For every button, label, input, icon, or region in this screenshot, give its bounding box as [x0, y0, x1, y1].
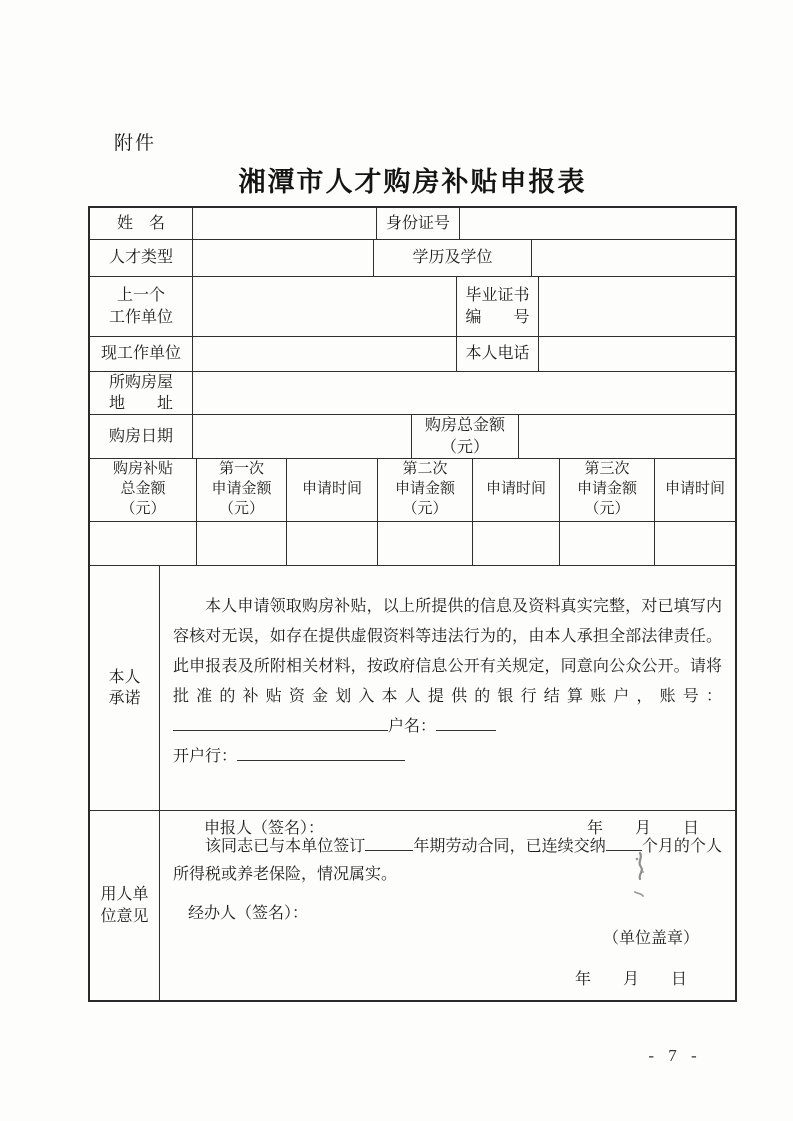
row-house-address: 所购房屋 地 址 — [90, 372, 735, 415]
phone-value-cell — [539, 337, 735, 371]
third-apply-time-label: 申请时间 — [655, 459, 735, 521]
id-number-value-cell — [460, 208, 735, 239]
talent-type-label: 人才类型 — [90, 240, 193, 276]
previous-employer-label: 上一个 工作单位 — [90, 277, 193, 336]
current-employer-value-cell — [193, 337, 457, 371]
account-name-label: 户名： — [388, 718, 436, 735]
subsidy-total-value-cell — [90, 522, 197, 565]
employer-section-label: 用人单 位意见 — [90, 811, 160, 1000]
row-purchase-date: 购房日期 购房总金额 （元） — [90, 415, 735, 459]
purchase-date-value-cell — [193, 415, 412, 458]
first-apply-time-label: 申请时间 — [287, 459, 378, 521]
commitment-content: 本人申请领取购房补贴，以上所提供的信息及资料真实完整，对已填写内容核对无误，如存… — [160, 566, 735, 810]
account-name-blank — [436, 716, 496, 731]
row-subsidy-values — [90, 522, 735, 566]
unit-seal-label: （单位盖章） — [160, 928, 699, 949]
row-current-employer: 现工作单位 本人电话 — [90, 337, 735, 372]
purchase-total-value-cell — [519, 415, 735, 458]
employer-date-label: 年 月 日 — [160, 969, 687, 990]
attachment-label: 附件 — [114, 128, 156, 155]
name-label: 姓 名 — [90, 208, 193, 239]
row-commitment: 本人 承诺 本人申请领取购房补贴，以上所提供的信息及资料真实完整，对已填写内容核… — [90, 566, 735, 811]
house-address-value-cell — [193, 372, 735, 414]
commitment-body-text: 本人申请领取购房补贴，以上所提供的信息及资料真实完整，对已填写内容核对无误，如存… — [173, 598, 722, 705]
previous-employer-value-cell — [193, 277, 457, 336]
id-number-label: 身份证号 — [377, 208, 460, 239]
first-apply-amount-label: 第一次 申请金额 （元） — [197, 459, 287, 521]
account-number-blank — [173, 716, 388, 731]
diploma-number-value-cell — [539, 277, 735, 336]
second-apply-amount-value-cell — [378, 522, 473, 565]
diploma-number-label: 毕业证书 编 号 — [457, 277, 539, 336]
third-apply-time-value-cell — [655, 522, 735, 565]
third-apply-amount-value-cell — [560, 522, 655, 565]
row-subsidy-header: 购房补贴 总金额 （元） 第一次 申请金额 （元） 申请时间 第二次 申请金额 … — [90, 459, 735, 522]
employer-body-prefix: 该同志已与本单位签订 — [205, 838, 365, 855]
education-label: 学历及学位 — [374, 240, 532, 276]
second-apply-time-value-cell — [473, 522, 560, 565]
second-apply-amount-label: 第二次 申请金额 （元） — [378, 459, 473, 521]
commitment-text: 本人申请领取购房补贴，以上所提供的信息及资料真实完整，对已填写内容核对无误，如存… — [173, 592, 722, 772]
handler-sign-label: 经办人（签名）： — [188, 903, 735, 924]
current-employer-label: 现工作单位 — [90, 337, 193, 371]
purchase-date-label: 购房日期 — [90, 415, 193, 458]
months-paid-blank — [606, 836, 642, 851]
talent-type-value-cell — [193, 240, 374, 276]
bank-label: 开户行： — [173, 748, 237, 765]
ink-smudge — [626, 850, 652, 908]
commitment-section-label: 本人 承诺 — [90, 566, 160, 810]
first-apply-time-value-cell — [287, 522, 378, 565]
first-apply-amount-value-cell — [197, 522, 287, 565]
bank-name-blank — [237, 746, 405, 761]
row-name-id: 姓 名 身份证号 — [90, 208, 735, 240]
third-apply-amount-label: 第三次 申请金额 （元） — [560, 459, 655, 521]
name-value-cell — [193, 208, 377, 239]
second-apply-time-label: 申请时间 — [473, 459, 560, 521]
form-title: 湘潭市人才购房补贴申报表 — [88, 160, 737, 199]
row-talent-education: 人才类型 学历及学位 — [90, 240, 735, 277]
phone-label: 本人电话 — [457, 337, 539, 371]
purchase-total-label: 购房总金额 （元） — [412, 415, 519, 458]
subsidy-total-label: 购房补贴 总金额 （元） — [90, 459, 197, 521]
page-number: - 7 - — [630, 1046, 720, 1066]
employer-body-middle: 年期劳动合同，已连续交纳 — [413, 838, 605, 855]
contract-years-blank — [365, 836, 413, 851]
education-value-cell — [532, 240, 735, 276]
row-previous-employer: 上一个 工作单位 毕业证书 编 号 — [90, 277, 735, 337]
house-address-label: 所购房屋 地 址 — [90, 372, 193, 414]
